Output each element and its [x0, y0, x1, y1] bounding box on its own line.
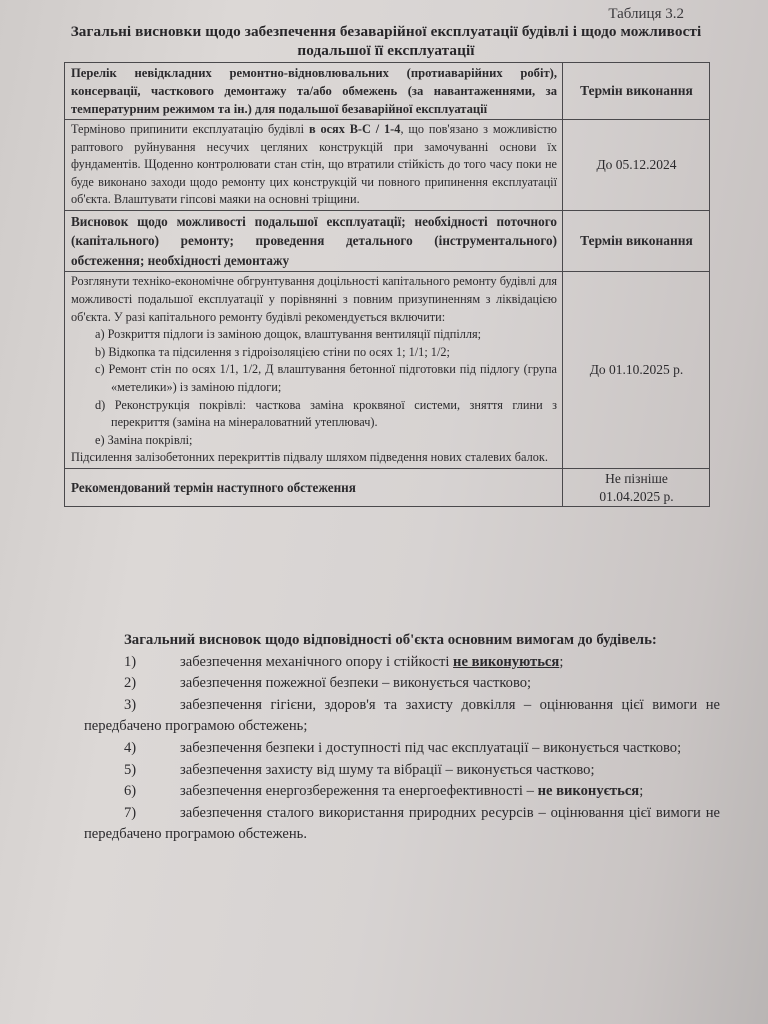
document-title: Загальні висновки щодо забезпечення беза… — [66, 22, 706, 60]
table-row: Розглянути техніко-економічне обгрунтува… — [65, 272, 710, 469]
requirement-item: 4)забезпечення безпеки і доступності під… — [84, 738, 720, 760]
next-inspection-term: Не пізніше 01.04.2025 р. — [563, 469, 710, 507]
header-term: Термін виконання — [563, 63, 710, 120]
next-inspection-label: Рекомендований термін наступного обстеже… — [65, 469, 563, 507]
requirement-item: 1)забезпечення механічного опору і стійк… — [84, 652, 720, 674]
table-header-row: Перелік невідкладних ремонтно-відновлюва… — [65, 63, 710, 120]
capital-repair-term: До 01.10.2025 р. — [563, 272, 710, 469]
repair-item: d) Реконструкція покрівлі: часткова замі… — [71, 397, 557, 432]
repair-item: e) Заміна покрівлі; — [71, 432, 557, 450]
urgent-measures-cell: Терміново припинити експлуатацію будівлі… — [65, 120, 563, 211]
requirement-item: 5)забезпечення захисту від шуму та вібра… — [84, 760, 720, 782]
requirement-item: 7)забезпечення сталого використання прир… — [84, 803, 720, 846]
status-not-fulfilled: не виконується — [538, 783, 640, 799]
conclusion-title: Загальний висновок щодо відповідності об… — [84, 630, 720, 652]
capital-repair-outro: Підсилення залізобетонних перекриттів пі… — [71, 450, 548, 464]
repair-item: a) Розкриття підлоги із заміною дощок, в… — [71, 326, 557, 344]
axes-reference: в осях В-С / 1-4 — [309, 122, 401, 136]
conclusions-table: Перелік невідкладних ремонтно-відновлюва… — [64, 62, 710, 507]
table-number: Таблиця 3.2 — [608, 6, 684, 23]
table-row: Терміново припинити експлуатацію будівлі… — [65, 120, 710, 211]
urgent-term: До 05.12.2024 — [563, 120, 710, 211]
requirement-item: 6)забезпечення енергозбереження та енерг… — [84, 781, 720, 803]
table-row: Рекомендований термін наступного обстеже… — [65, 469, 710, 507]
requirement-item: 3)забезпечення гігієни, здоров'я та захи… — [84, 695, 720, 738]
general-conclusion: Загальний висновок щодо відповідності об… — [84, 630, 720, 846]
document-page: Таблиця 3.2 Загальні висновки щодо забез… — [0, 0, 768, 1024]
status-not-fulfilled: не виконуються — [453, 654, 559, 670]
repair-item: b) Відкопка та підсилення з гідроізоляці… — [71, 344, 557, 362]
capital-repair-cell: Розглянути техніко-економічне обгрунтува… — [65, 272, 563, 469]
header-further-use: Висновок щодо можливості подальшої експл… — [65, 210, 563, 272]
table-header-row: Висновок щодо можливості подальшої експл… — [65, 210, 710, 272]
header-term: Термін виконання — [563, 210, 710, 272]
requirement-item: 2)забезпечення пожежної безпеки – викону… — [84, 673, 720, 695]
header-repair-list: Перелік невідкладних ремонтно-відновлюва… — [65, 63, 563, 120]
repair-item: c) Ремонт стін по осях 1/1, 1/2, Д влашт… — [71, 361, 557, 396]
capital-repair-intro: Розглянути техніко-економічне обгрунтува… — [71, 274, 557, 323]
